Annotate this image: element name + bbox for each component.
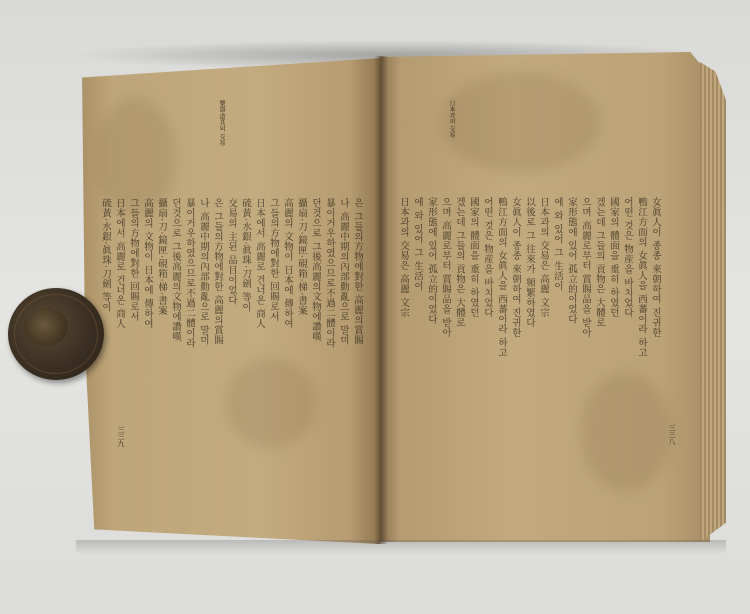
text-column: 暴이거우하였으므로不過二體이라	[184, 198, 195, 348]
left-page: 樂器·道具의 交易 은 그들의方物에對한 高麗의賞賜 나 高麗中期의內部動亂으로…	[76, 58, 380, 544]
text-column: 은 그들의方物에對한 高麗의賞賜	[352, 198, 363, 345]
text-column: 어떤 것은 物産을 바치었다	[482, 197, 493, 318]
text-column: 國家의 體面을 重히 하였던	[468, 197, 479, 318]
text-column: 日本에서 高麗로 건너온 商人	[254, 198, 265, 329]
text-column: 日本과의 交易은 高麗 文宗	[538, 197, 549, 318]
text-column: 日本과의 交易은 高麗 文宗	[398, 197, 409, 318]
text-column: 以後로 그 往來가 頻繁하였다	[524, 197, 535, 328]
right-page: 日本과의 交易 女眞人이 종종 來朝하여 진귀한 鴨江方面의 女眞人을 西蕃이라…	[380, 52, 710, 542]
text-column: 高麗의 文物이 日本에 傳하여	[282, 198, 293, 329]
page-edges	[700, 62, 726, 542]
text-column: 으며 高麗로부터 賞賜品을 받아	[580, 197, 591, 338]
text-column: 에 와 있어 그 生活이	[552, 197, 563, 291]
text-column: 國家의 體面을 重히 하였던	[608, 197, 619, 318]
text-column: 暴이거우하였으므로不過二體이라	[324, 198, 335, 348]
text-column: 交易의 主된 品目이었다	[226, 198, 237, 305]
text-column: 高麗의 文物이 日本에 傳하여	[142, 198, 153, 329]
text-column: 겠는데 그들의 貢物은 大體로	[594, 197, 605, 328]
shadow	[76, 540, 726, 554]
paper-stain	[226, 358, 316, 448]
weight-knob	[24, 308, 68, 346]
left-page-number: 三三九	[116, 426, 126, 447]
text-column: 攝扇·刀·鏡匣·硯箱·梯·書案	[296, 198, 307, 316]
text-column: 어떤 것은 物産을 바치었다	[622, 197, 633, 318]
paper-stain	[580, 372, 670, 492]
text-column: 家形態에 있어 孤立的이었다	[566, 197, 577, 324]
text-column: 鴨江方面의 女眞人을 西蕃이라 하고	[496, 197, 507, 358]
text-column: 그들의方物에對한 回賜로서	[268, 198, 279, 322]
text-column: 硫黃·水銀·眞珠·刀劍 等이	[240, 198, 251, 312]
text-column: 던것으로 그後高麗의文物에讚嘆	[310, 198, 321, 342]
paper-stain	[440, 72, 600, 172]
text-column: 鴨江方面의 女眞人을 西蕃이라 하고	[636, 197, 647, 358]
text-column: 女眞人이 종종 來朝하여 진귀한	[650, 197, 661, 338]
right-page-number: 三三八	[667, 424, 677, 445]
text-column: 日本에서 高麗로 건너온 商人	[114, 198, 125, 329]
text-column: 으며 高麗로부터 賞賜品을 받아	[440, 197, 451, 338]
text-column: 그들의方物에對한 回賜로서	[128, 198, 139, 322]
text-column: 에 와 있어 그 生活이	[412, 197, 423, 291]
right-sidenote: 日本과의 交易	[448, 100, 455, 138]
book-gutter	[374, 56, 388, 544]
text-column: 나 高麗中期의內部動亂으로 말미	[338, 198, 349, 345]
brass-weight	[8, 288, 104, 380]
left-sidenote: 樂器·道具의 交易	[218, 100, 225, 146]
text-column: 硫黃·水銀·眞珠·刀劍 等이	[100, 198, 111, 312]
text-column: 겠는데 그들의 貢物은 大體로	[454, 197, 465, 328]
photo-scene: 樂器·道具의 交易 은 그들의方物에對한 高麗의賞賜 나 高麗中期의內部動亂으로…	[0, 0, 750, 614]
text-column: 은 그들의方物에對한 高麗의賞賜	[212, 198, 223, 345]
text-column: 던것으로 그後高麗의文物에讚嘆	[170, 198, 181, 342]
text-column: 女眞人이 종종 來朝하여 진귀한	[510, 197, 521, 338]
text-column: 家形態에 있어 孤立的이었다	[426, 197, 437, 324]
text-column: 나 高麗中期의內部動亂으로 말미	[198, 198, 209, 345]
text-column: 攝扇·刀·鏡匣·硯箱·梯·書案	[156, 198, 167, 316]
